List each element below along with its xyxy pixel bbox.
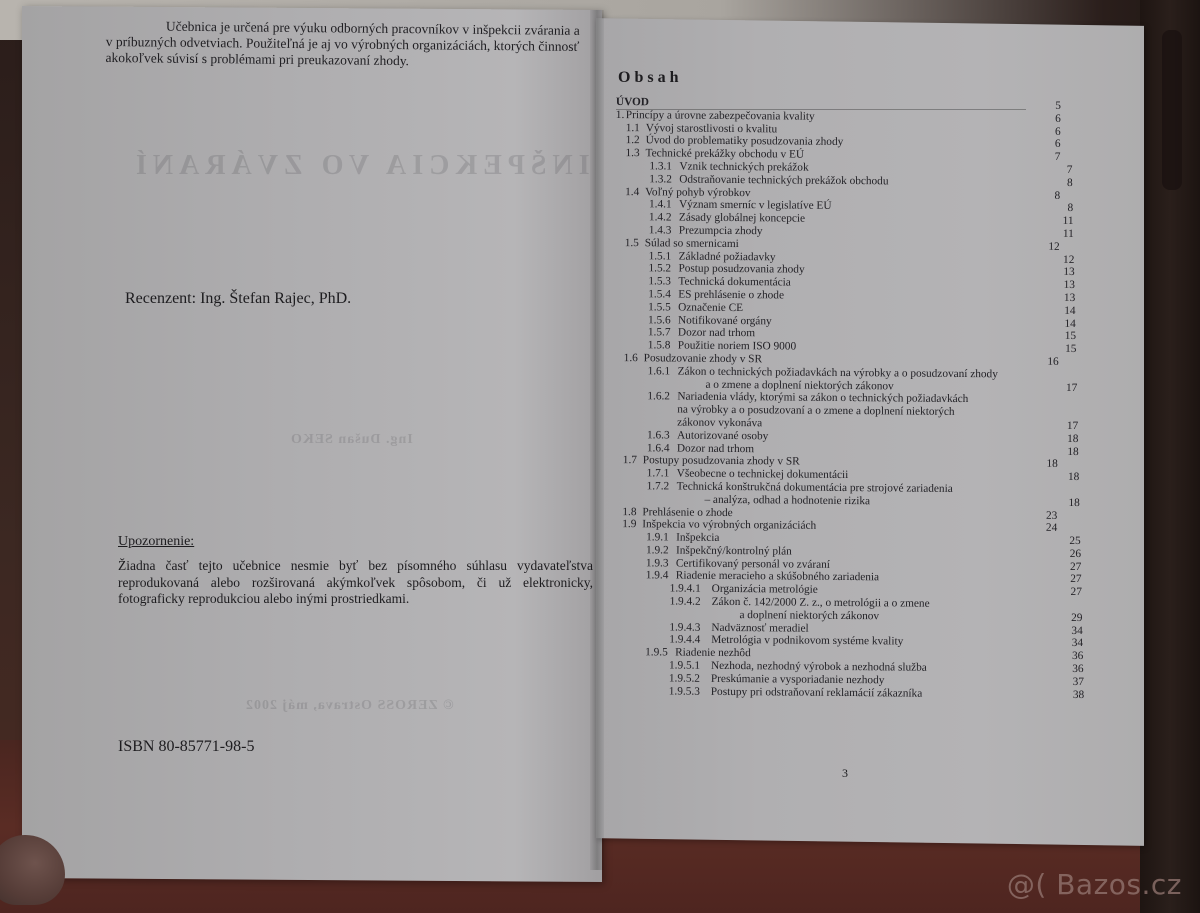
toc-entry-page: 8 [1067, 177, 1073, 190]
toc-entry-number: 1.9.5.3 [669, 685, 700, 698]
toc-entry-title: Prezumpcia zhody [679, 225, 763, 239]
toc-entry-page: 23 [1046, 509, 1057, 522]
toc-entry-page: 6 [1055, 125, 1061, 138]
toc-entry-number: 1.9.3 [646, 557, 669, 570]
toc-entry-number: 1.9.4.1 [670, 583, 701, 596]
toc-entry-number: 1.5.8 [648, 339, 671, 352]
toc-entry-page: 11 [1063, 228, 1074, 241]
book-gutter [590, 10, 604, 870]
toc-entry-number: 1.9.5.1 [669, 660, 700, 673]
toc-entry-page: 6 [1055, 138, 1061, 151]
toc-entry-title: Nadväznosť meradiel [711, 622, 808, 636]
toc-entry-title: Inšpekcia [676, 532, 719, 545]
toc-entry-page: 8 [1054, 189, 1060, 202]
toc-entry-title: Súlad so smernicami [645, 237, 739, 251]
toc-entry-page: 5 [1055, 100, 1061, 113]
toc-entry-number: 1.9.4.4 [669, 634, 700, 647]
toc-underline [616, 109, 1026, 110]
toc-entry-title: Organizácia metrológie [712, 583, 818, 597]
toc-entry-page: 8 [1068, 202, 1074, 215]
isbn: ISBN 80-85771-98-5 [118, 738, 254, 756]
toc-entry-page: 37 [1073, 676, 1084, 689]
toc-entry-number: 1.9.4.2 [670, 596, 701, 609]
toc-entry-number: 1.9.1 [646, 531, 669, 544]
toc-entry-title: Označenie CE [678, 301, 743, 314]
toc-entry-page: 16 [1047, 356, 1058, 369]
toc-entry-page: 26 [1070, 548, 1081, 561]
toc-entry-title: Dozor nad trhom [678, 327, 755, 340]
toc-entry-page: 15 [1065, 330, 1076, 343]
toc-entry-title: Vznik technických prekážok [679, 161, 808, 175]
toc-entry-number: 1.4 [625, 186, 639, 199]
door-handle [1162, 30, 1182, 190]
toc-entry-page: 27 [1070, 561, 1081, 574]
toc-entry-number: 1.6.1 [648, 365, 671, 378]
toc-entry-title: Postup posudzovania zhody [678, 263, 804, 277]
toc-entry-number: 1.7 [623, 454, 637, 467]
show-through-author: Ing. Dušan SEKO [290, 432, 413, 448]
toc-entry-page: 38 [1073, 689, 1084, 702]
toc-entry-page: 36 [1072, 650, 1083, 663]
toc-entry-page: 12 [1048, 241, 1059, 254]
toc-entry-page: 7 [1067, 164, 1073, 177]
toc-entry-title: zákonov vykonáva [677, 416, 762, 430]
show-through-title: INŠPEKCIA VO ZVÁRANÍ [130, 150, 590, 182]
toc-entry-title: Autorizované osoby [677, 429, 768, 443]
toc-entry-number: 1.2 [626, 134, 640, 147]
toc-entry-title: ÚVOD [616, 96, 649, 109]
toc-entry-page: 11 [1063, 215, 1074, 228]
toc-entry-title: a doplnení niektorých zákonov [739, 609, 879, 623]
toc-entry-title: Vývoj starostlivosti o kvalitu [646, 122, 778, 136]
toc-entry-page: 18 [1068, 471, 1079, 484]
toc-entry-title: Technická dokumentácia [678, 276, 791, 290]
toc-entry-number: 1.9.5 [645, 647, 668, 660]
toc-entry-title: Riadenie nezhôd [675, 647, 751, 660]
toc-entry-number: 1.4.2 [649, 211, 672, 224]
toc-entry-title: Dozor nad trhom [677, 442, 754, 455]
toc-entry-page: 18 [1069, 497, 1080, 510]
toc-entry-page: 12 [1063, 253, 1074, 266]
toc-entry-title: Postupy pri odstraňovaní reklamácií záka… [711, 686, 923, 701]
toc-entry-number: 1.9.4.3 [669, 621, 700, 634]
toc-entry-page: 13 [1063, 266, 1074, 279]
toc-entry-number: 1.4.3 [649, 224, 672, 237]
page-number: 3 [842, 766, 848, 781]
toc-entry-page: 15 [1065, 343, 1076, 356]
table-of-contents: ÚVOD51.Princípy a úrovne zabezpečovania … [611, 96, 1061, 701]
toc-entry-number: 1.5.1 [649, 250, 672, 263]
toc-entry-page: 36 [1072, 663, 1083, 676]
show-through-publisher: © ZEROSS Ostrava, máj 2002 [245, 698, 454, 714]
toc-entry-number: 1.9.5.2 [669, 672, 700, 685]
toc-entry-page: 7 [1055, 151, 1061, 164]
toc-entry-page: 14 [1064, 317, 1075, 330]
toc-entry-page: 13 [1064, 279, 1075, 292]
notice-title: Upozornenie: [118, 534, 194, 550]
toc-entry-title: Prehlásenie o zhode [642, 506, 732, 520]
toc-entry-title: Posudzovanie zhody v SR [644, 352, 762, 366]
toc-entry-number: 1.3 [625, 147, 639, 160]
toc-entry-number: 1.9.4 [646, 570, 669, 583]
toc-entry-page: 14 [1064, 305, 1075, 318]
toc-entry-number: 1.3.2 [649, 173, 672, 186]
toc-entry-page: 13 [1064, 292, 1075, 305]
copyright-notice: Žiadna časť tejto učebnice nesmie byť be… [118, 558, 593, 608]
toc-entry-number: 1.3.1 [649, 160, 672, 173]
toc-entry-number: 1.9.2 [646, 544, 669, 557]
toc-entry-title: Zásady globálnej koncepcie [679, 212, 805, 226]
watermark: @( Bazos.cz [1007, 868, 1182, 901]
toc-entry-title: Základné požiadavky [679, 250, 776, 264]
toc-entry-number: 1.5.2 [648, 263, 671, 276]
toc-entry-number: 1.6 [624, 352, 638, 365]
toc-entry-number: 1.8 [622, 506, 636, 519]
toc-entry-title: Voľný pohyb výrobkov [645, 186, 751, 200]
toc-entry-page: 17 [1066, 381, 1077, 394]
toc-entry-number: 1.6.2 [647, 391, 670, 404]
toc-entry-number: 1.9 [622, 518, 636, 531]
toc-entry-title: Notifikované orgány [678, 314, 772, 328]
toc-entry-page: 34 [1072, 637, 1083, 650]
toc-entry-page: 18 [1067, 445, 1078, 458]
toc-entry-number: 1.5.5 [648, 301, 671, 314]
toc-entry-number: 1.5.6 [648, 314, 671, 327]
toc-entry-number: 1.6.3 [647, 429, 670, 442]
toc-entry-number: 1.1 [626, 122, 640, 135]
toc-heading: Obsah [618, 69, 682, 87]
toc-entry-number: 1.7.1 [647, 467, 670, 480]
reviewer-credit: Recenzent: Ing. Štefan Rajec, PhD. [125, 290, 351, 308]
door-frame [1140, 0, 1200, 913]
toc-entry-title: Význam smerníc v legislatíve EÚ [679, 199, 832, 213]
toc-entry-page: 25 [1069, 535, 1080, 548]
toc-entry-number: 1.4.1 [649, 199, 672, 212]
toc-entry-number: 1. [616, 109, 625, 122]
toc-entry-page: 24 [1046, 522, 1057, 535]
toc-entry-page: 27 [1071, 586, 1082, 599]
toc-entry-page: 6 [1055, 113, 1061, 126]
toc-entry-number: 1.6.4 [647, 442, 670, 455]
toc-entry-page: 18 [1067, 433, 1078, 446]
toc-entry-page: 34 [1071, 625, 1082, 638]
toc-entry-number: 1.5.3 [648, 275, 671, 288]
toc-entry-page: 29 [1071, 612, 1082, 625]
toc-entry-title: Použitie noriem ISO 9000 [678, 340, 796, 354]
toc-entry-page: 17 [1067, 420, 1078, 433]
toc-entry-number: 1.5 [625, 237, 639, 250]
toc-entry-title: Inšpekčný/kontrolný plán [676, 544, 792, 558]
toc-entry-page: 27 [1070, 573, 1081, 586]
intro-paragraph: Učebnica je určená pre výuku odborných p… [105, 18, 580, 71]
toc-entry-page: 18 [1046, 458, 1057, 471]
toc-entry-number: 1.7.2 [647, 480, 670, 493]
toc-entry-number: 1.5.7 [648, 327, 671, 340]
toc-entry-title: ES prehlásenie o zhode [678, 289, 784, 303]
toc-entry-number: 1.5.4 [648, 288, 671, 301]
